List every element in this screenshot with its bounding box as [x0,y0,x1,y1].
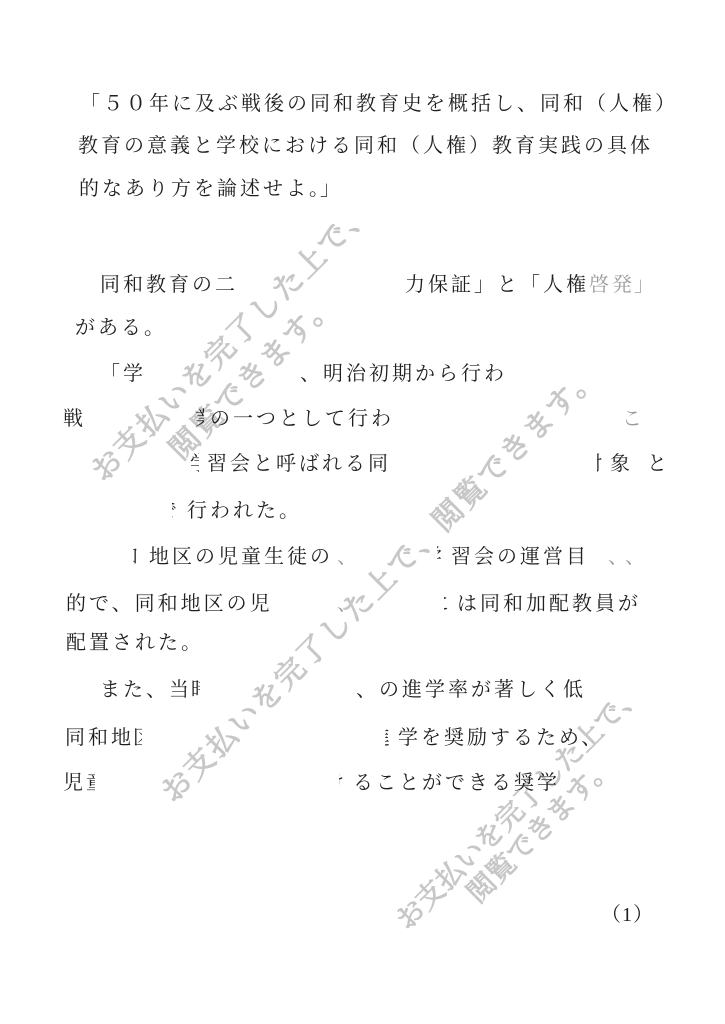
text-segment: 児 [63,772,86,795]
text-segment: と [647,453,670,476]
text-fragment: 童 [86,772,95,795]
text-segment: 的で、同和地区の児 [66,593,273,616]
text-line: 同和教育の二力保証」と「人権啓発」 [0,274,725,298]
text-line: 児童けることができる奨学 [0,772,725,796]
text-fragment: 、 [625,546,634,569]
text-line: 「５０年に及ぶ戦後の同和教育史を概括し、同和（人権） [0,93,725,117]
text-segment: がある。 [75,317,167,340]
text-segment: 地区の児童生徒の [149,546,333,569]
text-segment: 同和地 [65,727,134,750]
text-segment: 的なあり方を論述せよ。 [79,178,332,201]
text-segment: 行われた。 [187,500,302,523]
text-line: 教育の意義と学校における同和（人権）教育実践の具体 [0,135,725,159]
text-line: がある。 [0,317,725,341]
text-fragment: 対 [597,453,605,476]
text-segment: は同和加配教員が [457,593,641,616]
document-page: お支払いを完了した上で、閲覧できます。お支払いを完了した上で、閲覧できます。お支… [0,0,725,1024]
text-line: 学習会と呼ばれる同対象と [0,453,725,477]
text-segment: の一つとして行わ [210,408,394,431]
text-segment: 、の進学率が著しく低 [356,679,586,702]
text-segment: ることができる奨学 [353,772,560,795]
text-fragment: 進 [385,727,393,750]
text-segment: 力保証」と「人権 [405,274,589,297]
text-segment: こ [622,408,645,431]
text-line: 的で、同和地区の児、には同和加配教員が [0,593,725,617]
text-fragment: 、 [608,546,617,569]
text-segment: 習会と呼ばれる同 [207,453,391,476]
text-segment: 配置された。 [66,632,204,655]
text-segment: 戦 [63,408,86,431]
text-line: また、当時、の進学率が著しく低 [0,679,725,703]
text-fragment: で [172,500,180,523]
text-line: で行われた。 [0,500,725,524]
text-fragment: 区 [133,727,142,750]
text-segment: 同和教育の二 [100,274,238,297]
text-fragment: 和 [133,546,141,569]
text-segment: 習会の運営目 [451,546,589,569]
text-segment: 学を奨励するため、 [398,727,604,750]
text-fragment: 業 [195,408,204,431]
text-fragment: け [339,772,347,795]
text-segment: 啓発 [589,274,635,297]
text-line: 戦業の一つとして行わこ [0,408,725,432]
text-fragment: 学 [190,453,199,476]
text-segment: 、明治初期から行わ [300,363,507,386]
text-fragment: 時 [191,679,200,702]
text-segment: 教育の意義と学校における同和（人権）教育実践の具体 [78,135,653,158]
text-fragment: 、 [337,593,346,616]
text-segment: 「学 [100,363,146,386]
text-line: 配置された。 [0,632,725,656]
text-line: 和地区の児童生徒の、学習会の運営目、、 [0,546,725,570]
text-fragment: 、 [337,546,346,569]
text-segment: 」 [634,274,657,297]
text-fragment: 学 [437,546,445,569]
text-segment: 象 [610,453,633,476]
text-line: 「学、明治初期から行わ [0,363,725,387]
text-fragment: に [444,593,452,616]
text-line: 的なあり方を論述せよ。」 [0,178,725,202]
text-line: 同和地区進学を奨励するため、 [0,727,725,751]
body-text-layer: 「５０年に及ぶ戦後の同和教育史を概括し、同和（人権）教育の意義と学校における同和… [0,0,725,1024]
text-segment: 「５０年に及ぶ戦後の同和教育史を概括し、同和（人権） [80,93,678,116]
text-fragment: 」 [320,178,329,201]
text-segment: また、当 [100,679,192,702]
